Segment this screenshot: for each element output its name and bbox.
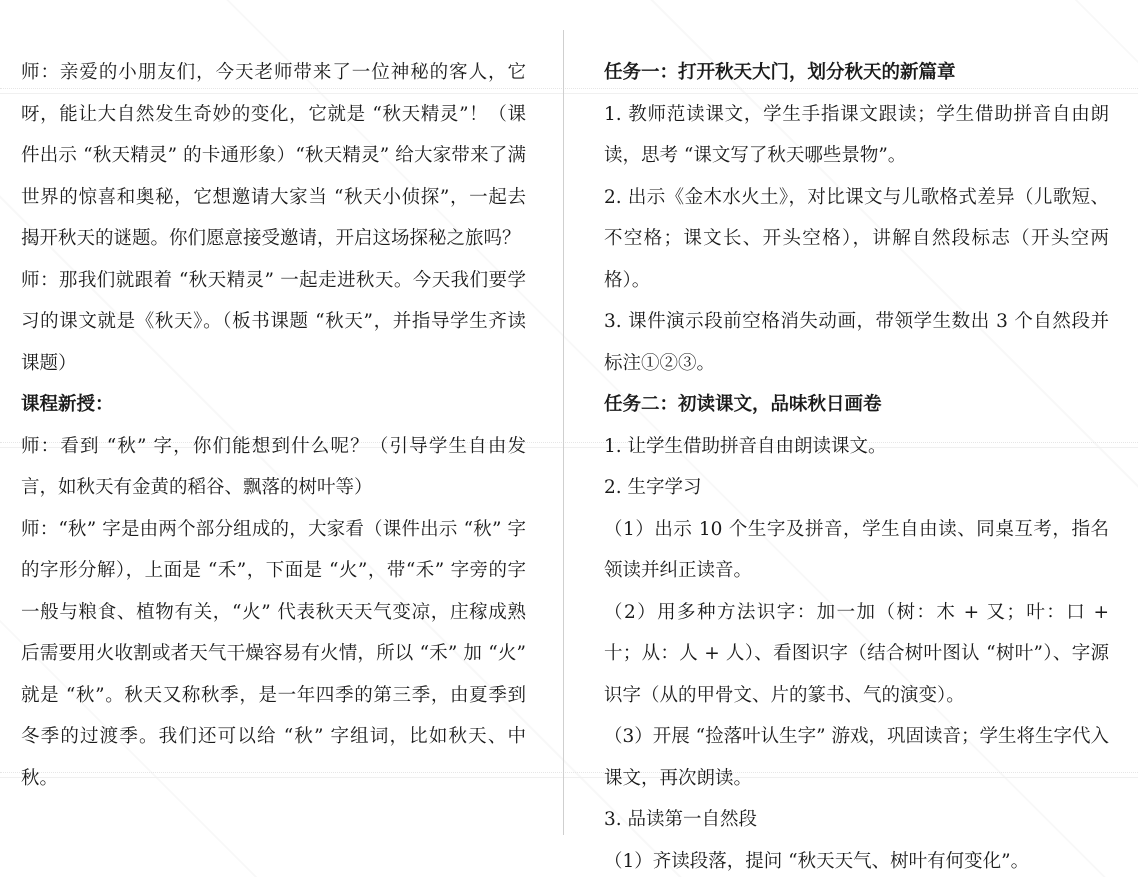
task2-substep-2: （2）用多种方法识字：加一加（树：木 + 又；叶：口 + 十；从：人 + 人）、…	[604, 592, 1109, 717]
section-heading-new-lesson: 课程新授：	[21, 384, 526, 426]
task-heading-2: 任务二：初读课文，品味秋日画卷	[604, 384, 1109, 426]
paragraph-intro: 师：亲爱的小朋友们，今天老师带来了一位神秘的客人，它呀，能让大自然发生奇妙的变化…	[21, 52, 526, 260]
paragraph-lesson-title: 师：那我们就跟着 “秋天精灵” 一起走进秋天。今天我们要学习的课文就是《秋天》。…	[21, 260, 526, 385]
column-divider	[563, 30, 564, 835]
task2-step-3: 3. 品读第一自然段	[604, 799, 1109, 841]
task-heading-1: 任务一：打开秋天大门，划分秋天的新篇章	[604, 52, 1109, 94]
task1-step-2: 2. 出示《金木水火土》，对比课文与儿歌格式差异（儿歌短、不空格；课文长、开头空…	[604, 177, 1109, 302]
right-column: 任务一：打开秋天大门，划分秋天的新篇章 1. 教师范读课文，学生手指课文跟读；学…	[604, 52, 1109, 877]
task2-substep-1: （1）出示 10 个生字及拼音，学生自由读、同桌互考，指名领读并纠正读音。	[604, 509, 1109, 592]
task1-step-1: 1. 教师范读课文，学生手指课文跟读；学生借助拼音自由朗读，思考 “课文写了秋天…	[604, 94, 1109, 177]
paragraph-question: 师：看到 “秋” 字，你们能想到什么呢？（引导学生自由发言，如秋天有金黄的稻谷、…	[21, 426, 526, 509]
paragraph-character-explanation: 师：“秋” 字是由两个部分组成的，大家看（课件出示 “秋” 字的字形分解），上面…	[21, 509, 526, 800]
task2-substep-3: （3）开展 “捡落叶认生字” 游戏，巩固读音；学生将生字代入课文，再次朗读。	[604, 716, 1109, 799]
task1-step-3: 3. 课件演示段前空格消失动画，带领学生数出 3 个自然段并标注①②③。	[604, 301, 1109, 384]
task2-step-2: 2. 生字学习	[604, 467, 1109, 509]
task2-step-1: 1. 让学生借助拼音自由朗读课文。	[604, 426, 1109, 468]
left-column: 师：亲爱的小朋友们，今天老师带来了一位神秘的客人，它呀，能让大自然发生奇妙的变化…	[21, 52, 526, 799]
task2-step3-substep-1: （1）齐读段落，提问 “秋天天气、树叶有何变化”。	[604, 841, 1109, 877]
